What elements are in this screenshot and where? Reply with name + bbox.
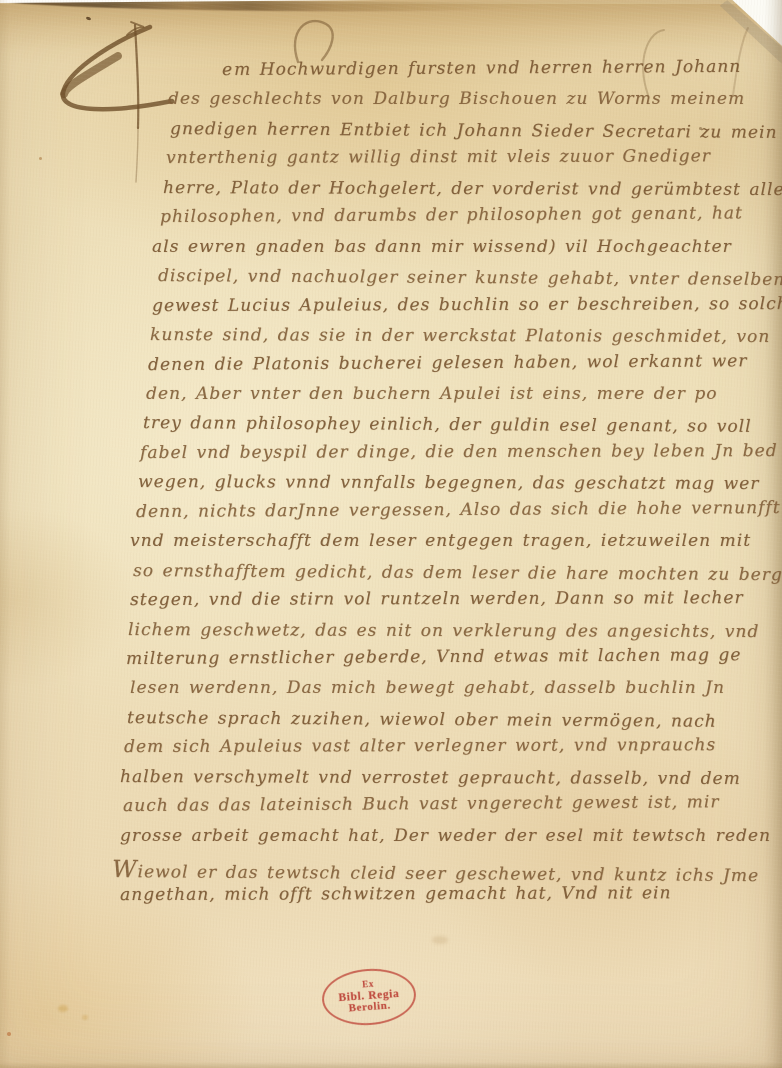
manuscript-line: halben verschymelt vnd verrostet geprauc… (120, 767, 741, 789)
manuscript-line: em Hochwurdigen fursten vnd herren herre… (222, 57, 741, 80)
manuscript-scan: { "document": { "initial_letter": "D", "… (0, 0, 782, 1068)
manuscript-line: denn, nichts darJnne vergessen, Also das… (136, 498, 781, 522)
manuscript-line: gewest Lucius Apuleius, des buchlin so e… (152, 294, 782, 316)
manuscript-text: em Hochwurdigen fursten vnd herren herre… (0, 0, 782, 1068)
manuscript-line: vnterthenig gantz willig dinst mit vleis… (166, 147, 711, 169)
manuscript-line: grosse arbeit gemacht hat, Der weder der… (120, 826, 771, 846)
manuscript-line: teutsche sprach zuzihen, wiewol ober mei… (127, 708, 717, 732)
manuscript-line: denen die Platonis bucherei gelesen habe… (148, 351, 748, 375)
manuscript-line: discipel, vnd nachuolger seiner kunste g… (158, 266, 782, 290)
manuscript-line: so ernsthafftem gedicht, das dem leser d… (133, 561, 782, 585)
manuscript-line: auch das das lateinisch Buch vast vngere… (123, 793, 720, 817)
manuscript-line: vnd meisterschafft dem leser entgegen tr… (130, 531, 751, 551)
manuscript-line: lesen werdenn, Das mich bewegt gehabt, d… (130, 678, 725, 698)
manuscript-line: kunste sind, das sie in der werckstat Pl… (150, 325, 770, 347)
manuscript-line: stegen, vnd die stirn vol runtzeln werde… (130, 588, 744, 610)
manuscript-line: als ewren gnaden bas dann mir wissend) v… (152, 237, 732, 257)
manuscript-line: den, Aber vnter den buchern Apulei ist e… (146, 384, 718, 404)
manuscript-line: angethan, mich offt schwitzen gemacht ha… (120, 883, 672, 905)
manuscript-line: lichem geschwetz, das es nit on verkleru… (128, 620, 759, 642)
manuscript-line: milterung ernstlicher geberde, Vnnd etwa… (126, 645, 742, 669)
parchment-page: em Hochwurdigen fursten vnd herren herre… (0, 0, 782, 1068)
stamp-line-3: Berolin. (348, 1001, 391, 1016)
manuscript-line: philosophen, vnd darumbs der philosophen… (160, 204, 743, 228)
manuscript-line: des geschlechts von Dalburg Bischouen zu… (168, 89, 745, 109)
manuscript-line: gnedigen herren Entbiet ich Johann Siede… (170, 119, 778, 143)
manuscript-line: herre, Plato der Hochgelert, der vorderi… (163, 178, 782, 200)
manuscript-line: dem sich Apuleius vast alter verlegner w… (124, 735, 716, 757)
manuscript-line: trey dann philosophey einlich, der guldi… (143, 413, 752, 437)
manuscript-line: wegen, glucks vnnd vnnfalls begegnen, da… (138, 472, 760, 494)
manuscript-line: fabel vnd beyspil der dinge, die den men… (140, 441, 778, 463)
